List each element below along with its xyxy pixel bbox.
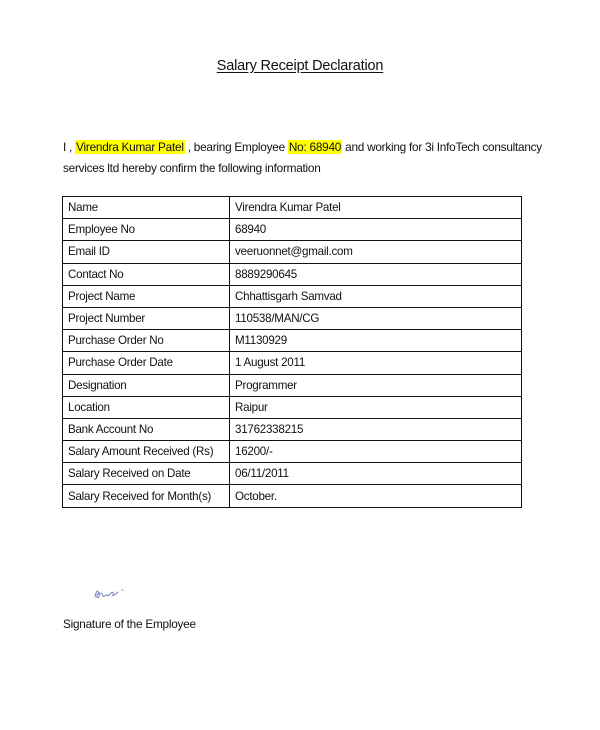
- table-row: Project NameChhattisgarh Samvad: [63, 285, 522, 307]
- employee-info-table: NameVirendra Kumar PatelEmployee No68940…: [62, 196, 522, 508]
- field-label: Salary Received on Date: [63, 463, 230, 485]
- table-row: Bank Account No31762338215: [63, 418, 522, 440]
- table-row: Employee No68940: [63, 219, 522, 241]
- signature-label: Signature of the Employee: [63, 617, 196, 631]
- table-row: NameVirendra Kumar Patel: [63, 197, 522, 219]
- table-row: LocationRaipur: [63, 396, 522, 418]
- highlighted-employee-name: Virendra Kumar Patel: [75, 140, 185, 154]
- field-label: Employee No: [63, 219, 230, 241]
- table-row: Salary Received on Date06/11/2011: [63, 463, 522, 485]
- field-value: Raipur: [230, 396, 522, 418]
- field-value: veeruonnet@gmail.com: [230, 241, 522, 263]
- table-row: Purchase Order Date1 August 2011: [63, 352, 522, 374]
- field-value: Programmer: [230, 374, 522, 396]
- field-label: Designation: [63, 374, 230, 396]
- field-label: Project Number: [63, 307, 230, 329]
- field-label: Name: [63, 197, 230, 219]
- intro-paragraph: I , Virendra Kumar Patel , bearing Emplo…: [63, 137, 563, 179]
- handwritten-signature-icon: [92, 582, 126, 602]
- highlighted-employee-no: No: 68940: [288, 140, 342, 154]
- field-value: 68940: [230, 219, 522, 241]
- field-value: 31762338215: [230, 418, 522, 440]
- table-row: Contact No8889290645: [63, 263, 522, 285]
- field-value: 1 August 2011: [230, 352, 522, 374]
- field-value: M1130929: [230, 330, 522, 352]
- intro-middle: , bearing Employee: [185, 140, 288, 154]
- field-label: Salary Received for Month(s): [63, 485, 230, 507]
- field-label: Salary Amount Received (Rs): [63, 441, 230, 463]
- field-label: Contact No: [63, 263, 230, 285]
- table-row: Salary Amount Received (Rs)16200/-: [63, 441, 522, 463]
- field-value: Chhattisgarh Samvad: [230, 285, 522, 307]
- field-label: Purchase Order Date: [63, 352, 230, 374]
- table-row: Project Number110538/MAN/CG: [63, 307, 522, 329]
- field-label: Purchase Order No: [63, 330, 230, 352]
- document-title: Salary Receipt Declaration: [0, 58, 600, 74]
- field-label: Project Name: [63, 285, 230, 307]
- field-value: October.: [230, 485, 522, 507]
- field-value: 8889290645: [230, 263, 522, 285]
- title-text: Salary Receipt Declaration: [217, 58, 383, 74]
- field-value: Virendra Kumar Patel: [230, 197, 522, 219]
- table-row: DesignationProgrammer: [63, 374, 522, 396]
- field-label: Bank Account No: [63, 418, 230, 440]
- table-row: Salary Received for Month(s)October.: [63, 485, 522, 507]
- field-label: Location: [63, 396, 230, 418]
- field-value: 16200/-: [230, 441, 522, 463]
- field-label: Email ID: [63, 241, 230, 263]
- intro-prefix: I ,: [63, 140, 75, 154]
- field-value: 110538/MAN/CG: [230, 307, 522, 329]
- table-row: Email IDveeruonnet@gmail.com: [63, 241, 522, 263]
- field-value: 06/11/2011: [230, 463, 522, 485]
- table-row: Purchase Order NoM1130929: [63, 330, 522, 352]
